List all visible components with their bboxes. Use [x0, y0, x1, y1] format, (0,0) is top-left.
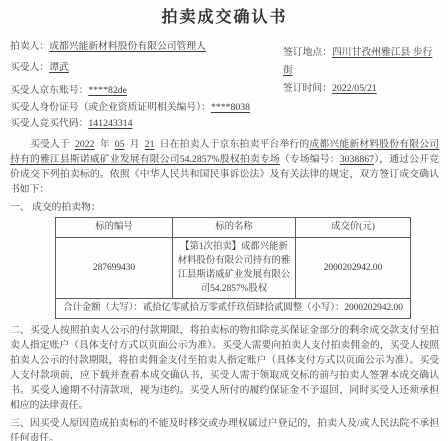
lot-name-cell: 【第1次拍卖】成都兴能新材料股份有限公司持有的雅江县斯诺威矿业发展有限公司54.…	[173, 238, 296, 299]
buyer-label: 买受人：	[10, 62, 49, 73]
total-amount-cell: 合计金额（大写）：贰拾亿零贰拾万零贰仟玖佰肆拾贰圆整（小写）：200020294…	[56, 299, 411, 319]
col-header-lot-no: 标的编号	[56, 218, 173, 238]
intro-year-unit: 年	[100, 139, 110, 150]
intro-platform-text: 日在拍卖人于京东拍卖平台举行的	[159, 139, 309, 150]
auctioneer-value: 成都兴能新材料股份有限公司管理人	[49, 41, 206, 52]
bid-code-value: 141243314	[88, 118, 132, 129]
intro-month-unit: 月	[130, 139, 140, 150]
intro-year: 2022	[70, 139, 100, 150]
section3-paragraph: 三、因买受人原因造成拍卖标的不能及时移交或办理权属过户登记的，拍卖人及/或人民法…	[10, 416, 439, 441]
intro-prefix: 买受人于	[30, 139, 70, 150]
col-header-price: 成交价(元)	[296, 218, 411, 238]
auction-confirmation-document: 拍卖成交确认书 拍卖人：成都兴能新材料股份有限公司管理人 买受人：谭武 买受人京…	[0, 0, 448, 441]
clauses-section: 二、买受人按照拍卖人公示的付款期限，将拍卖标的物扣除竞买保证金部分的剩余成交款支…	[10, 323, 439, 441]
signing-info-block: 签订地点：四川甘孜州雅江县 步行街 签订时间：2022/05/21	[283, 44, 441, 98]
buyer-value: 谭武	[49, 62, 69, 73]
buyer-id-line: 买受人身份证号（或企业资质证明相关编号）：****8038	[10, 100, 439, 115]
total-row: 合计金额（大写）：贰拾亿零贰拾万零贰仟玖佰肆拾贰圆整（小写）：200020294…	[56, 299, 411, 319]
intro-month: 05	[110, 139, 130, 150]
price-cell: 2000202942.00	[296, 238, 411, 299]
section1-heading: 一、 成交的拍卖物：	[10, 200, 439, 215]
bid-code-line: 买受人竞买代码：141243314	[10, 116, 439, 131]
jd-account-label: 买受人京东账号：	[10, 85, 88, 96]
sign-time-line: 签订时间：2022/05/21	[283, 80, 441, 98]
sign-place-line: 签订地点：四川甘孜州雅江县 步行街	[283, 44, 441, 80]
intro-paragraph: 买受人于2022年05月21日在拍卖人于京东拍卖平台举行的成都兴能新材料股份有限…	[10, 137, 439, 197]
buyer-id-value: ****8038	[211, 102, 250, 113]
section2-paragraph: 二、买受人按照拍卖人公示的付款期限，将拍卖标的物扣除竞买保证金部分的剩余成交款支…	[10, 323, 439, 413]
intro-session-no: 3038867	[340, 154, 374, 165]
jd-account-value: ****82de	[88, 85, 127, 96]
buyer-id-label: 买受人身份证号（或企业资质证明相关编号）：	[10, 102, 211, 113]
lot-no-cell: 287699430	[56, 238, 173, 299]
auctioneer-label: 拍卖人：	[10, 41, 49, 52]
sign-time-value: 2022/05/21	[332, 83, 377, 94]
document-title: 拍卖成交确认书	[10, 8, 439, 28]
table-row: 287699430 【第1次拍卖】成都兴能新材料股份有限公司持有的雅江县斯诺威矿…	[56, 238, 411, 299]
intro-day: 21	[140, 139, 160, 150]
intro-session-no-label: （专场编号：	[280, 154, 340, 165]
lots-table-header-row: 标的编号 标的名称 成交价(元)	[56, 218, 411, 238]
col-header-lot-name: 标的名称	[173, 218, 296, 238]
lots-table: 标的编号 标的名称 成交价(元) 287699430 【第1次拍卖】成都兴能新材…	[55, 217, 411, 319]
bid-code-label: 买受人竞买代码：	[10, 118, 88, 129]
sign-time-label: 签订时间：	[283, 83, 332, 94]
sign-place-label: 签订地点：	[283, 47, 332, 58]
